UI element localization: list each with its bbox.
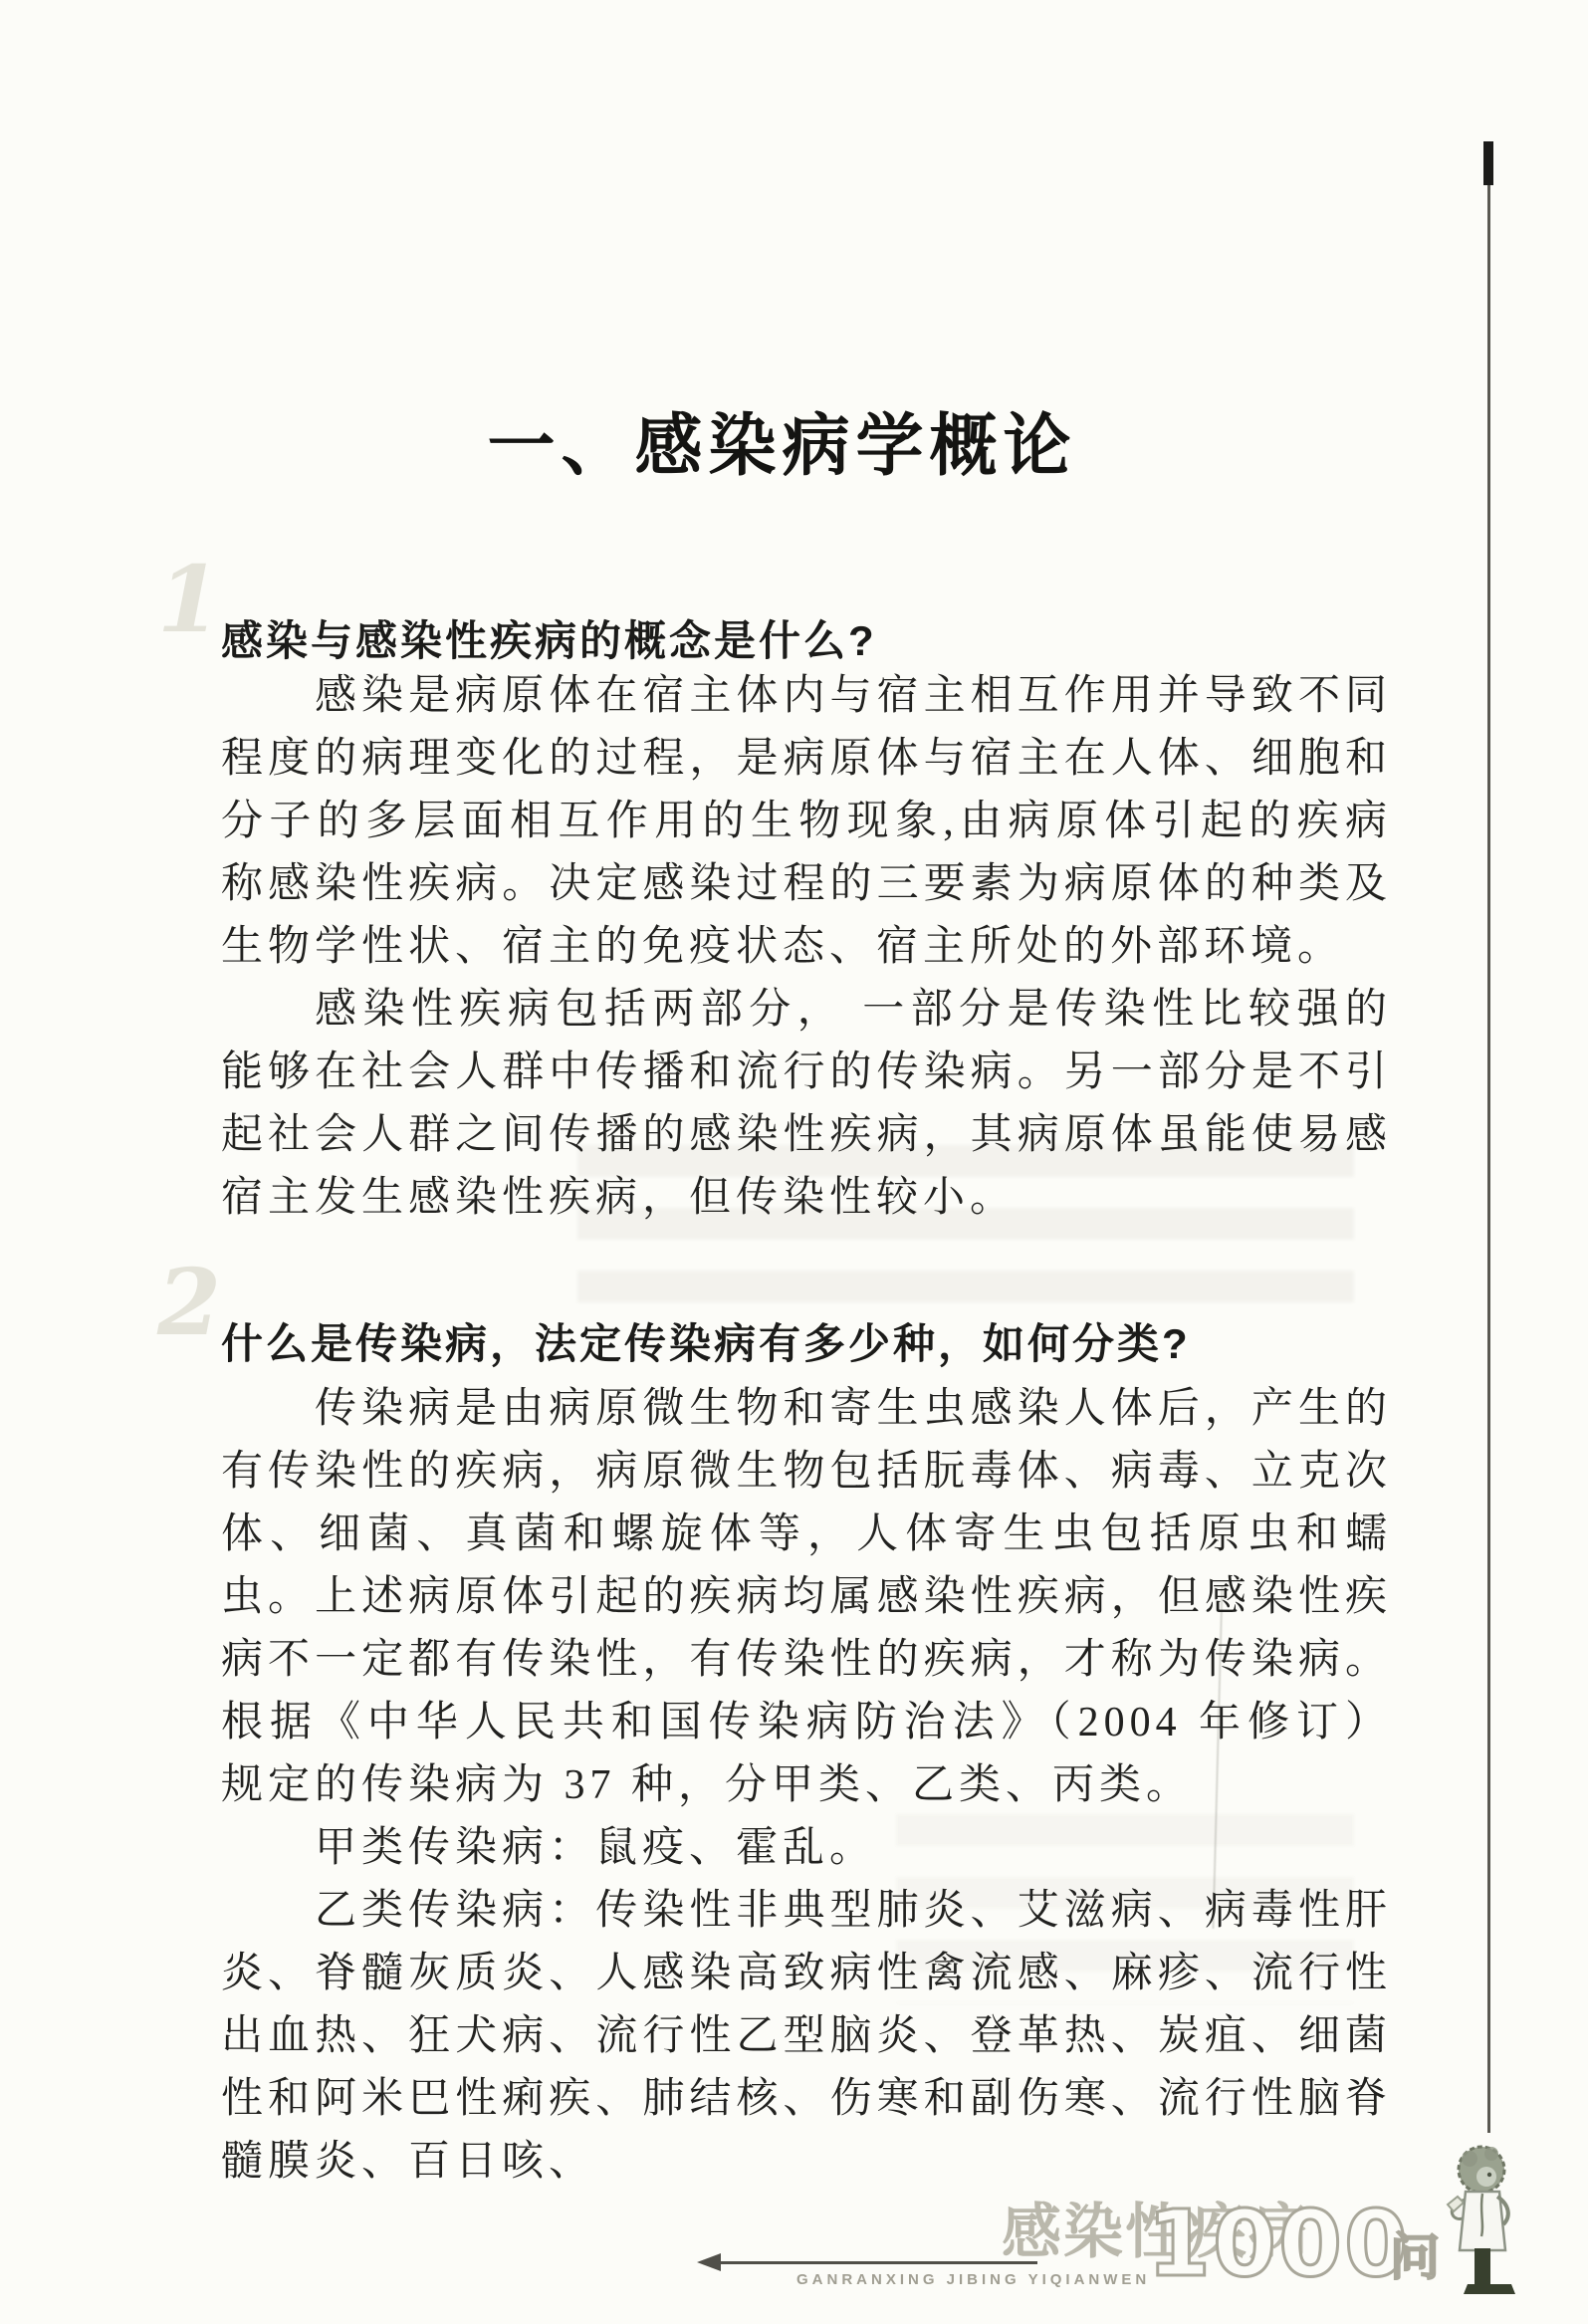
answer-paragraph: 乙类传染病：传染性非典型肺炎、艾滋病、病毒性肝炎、脊髓灰质炎、人感染高致病性禽流… xyxy=(221,1880,1392,2194)
chapter-title: 一、感染病学概论 xyxy=(0,392,1576,489)
series-number-logotype: 1000 xyxy=(1147,2199,1410,2290)
answer-paragraph: 甲类传染病：鼠疫、霍乱。 xyxy=(221,1817,1392,1880)
question-heading: 感染与感染性疾病的概念是什么? xyxy=(221,616,1456,666)
left-arrow-icon xyxy=(697,2253,721,2271)
answer-paragraph: 感染性疾病包括两部分， 一部分是传染性比较强的能够在社会人群中传播和流行的传染病… xyxy=(221,979,1392,1230)
footer-arrow-line xyxy=(717,2261,1037,2264)
answer-paragraph: 传染病是由病原微生物和寄生虫感染人体后，产生的有传染性的疾病，病原微生物包括朊毒… xyxy=(221,1378,1392,1817)
answer-paragraph: 感染是病原体在宿主体内与宿主相互作用并导致不同程度的病理变化的过程，是病原体与宿… xyxy=(221,665,1392,979)
page-edge-tick xyxy=(1483,141,1493,185)
doctor-mascot-illustration xyxy=(1430,2137,1533,2304)
series-title-pinyin: GANRANXING JIBING YIQIANWEN xyxy=(796,2271,1150,2288)
answer-text-block: 传染病是由病原微生物和寄生虫感染人体后，产生的有传染性的疾病，病原微生物包括朊毒… xyxy=(221,1378,1392,2194)
answer-text-block: 感染是病原体在宿主体内与宿主相互作用并导致不同程度的病理变化的过程，是病原体与宿… xyxy=(221,665,1392,1230)
book-page: 一、感染病学概论 1 感染与感染性疾病的概念是什么? 感染是病原体在宿主体内与宿… xyxy=(0,0,1588,2324)
question-heading: 什么是传染病，法定传染病有多少种，如何分类? xyxy=(221,1319,1456,1369)
